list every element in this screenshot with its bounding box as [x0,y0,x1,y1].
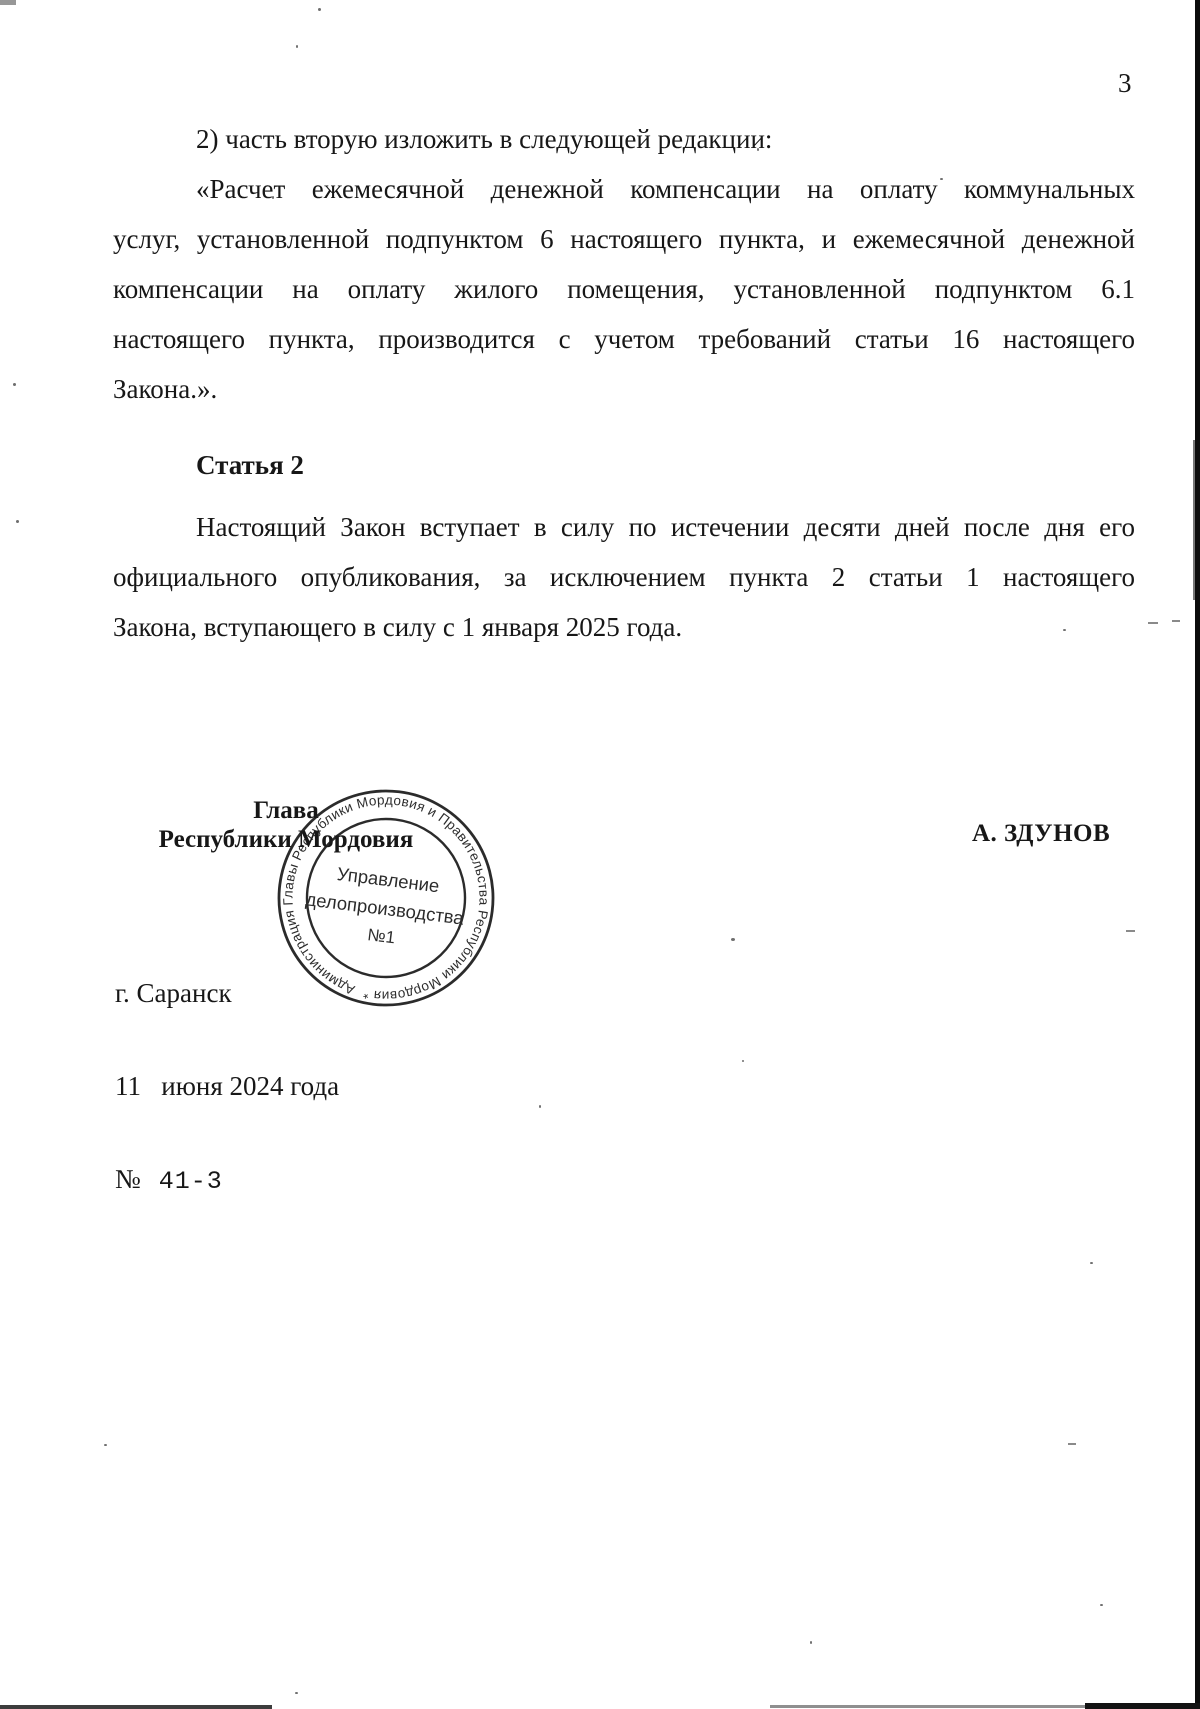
signer-name: А. ЗДУНОВ [972,820,1110,848]
article-line: Настоящий Закон вступает в силу по истеч… [113,502,1135,552]
document-body: 2) часть вторую изложить в следующей ред… [113,114,1135,652]
scan-bottom-streak-right [1085,1703,1200,1709]
scan-bottom-streak-mid [770,1705,1085,1708]
speckle [1063,629,1066,631]
page-number: 3 [1118,68,1132,99]
scan-dash [1126,930,1135,932]
scan-edge-right-soft [1193,440,1195,600]
speckle [578,633,580,635]
speckle [1090,1262,1093,1264]
stamp-center-line2: делопроизводства [304,888,465,928]
speckle [810,1641,812,1644]
scan-corner-dash [0,0,16,5]
speckle [539,1105,541,1108]
article-line: официального опубликования, за исключени… [113,552,1135,602]
article-heading: Статья 2 [113,440,1135,490]
speckle [104,1444,107,1446]
issue-number-value: 41-3 [159,1167,223,1196]
clause-intro-line: 2) часть вторую изложить в следующей ред… [113,114,1135,164]
speckle [295,1692,298,1694]
quote-line: услуг, установленной подпунктом 6 настоя… [113,214,1135,264]
speckle [940,178,943,180]
scan-dash [1172,620,1180,622]
scan-dash [1068,1443,1076,1445]
speckle [272,196,274,199]
issue-number: №41-3 [115,1164,339,1197]
speckle [16,520,19,523]
speckle [318,8,321,11]
stamp-center-line3: №1 [366,925,396,947]
issue-number-label: № [115,1164,141,1194]
quote-line: Закона.». [113,364,1135,414]
speckle [742,1060,744,1062]
document-page: 3 2) часть вторую изложить в следующей р… [0,0,1200,1709]
speckle [731,938,735,941]
scan-dash [1148,622,1158,624]
scan-edge-right-bar [1195,0,1200,1709]
speckle [757,148,759,151]
quote-line: компенсации на оплату жилого помещения, … [113,264,1135,314]
quote-line: «Расчет ежемесячной денежной компенсации… [113,164,1135,214]
speckle [296,45,298,48]
stamp-center-line1: Управление [336,863,441,896]
scan-bottom-streak-left [0,1705,272,1709]
speckle [13,383,16,386]
issue-date: 11 июня 2024 года [115,1071,339,1102]
quote-line: настоящего пункта, производится с учетом… [113,314,1135,364]
official-stamp: Администрация Главы Республики Мордовия … [274,786,498,1010]
speckle [1100,1604,1103,1606]
article-line: Закона, вступающего в силу с 1 января 20… [113,602,1135,652]
